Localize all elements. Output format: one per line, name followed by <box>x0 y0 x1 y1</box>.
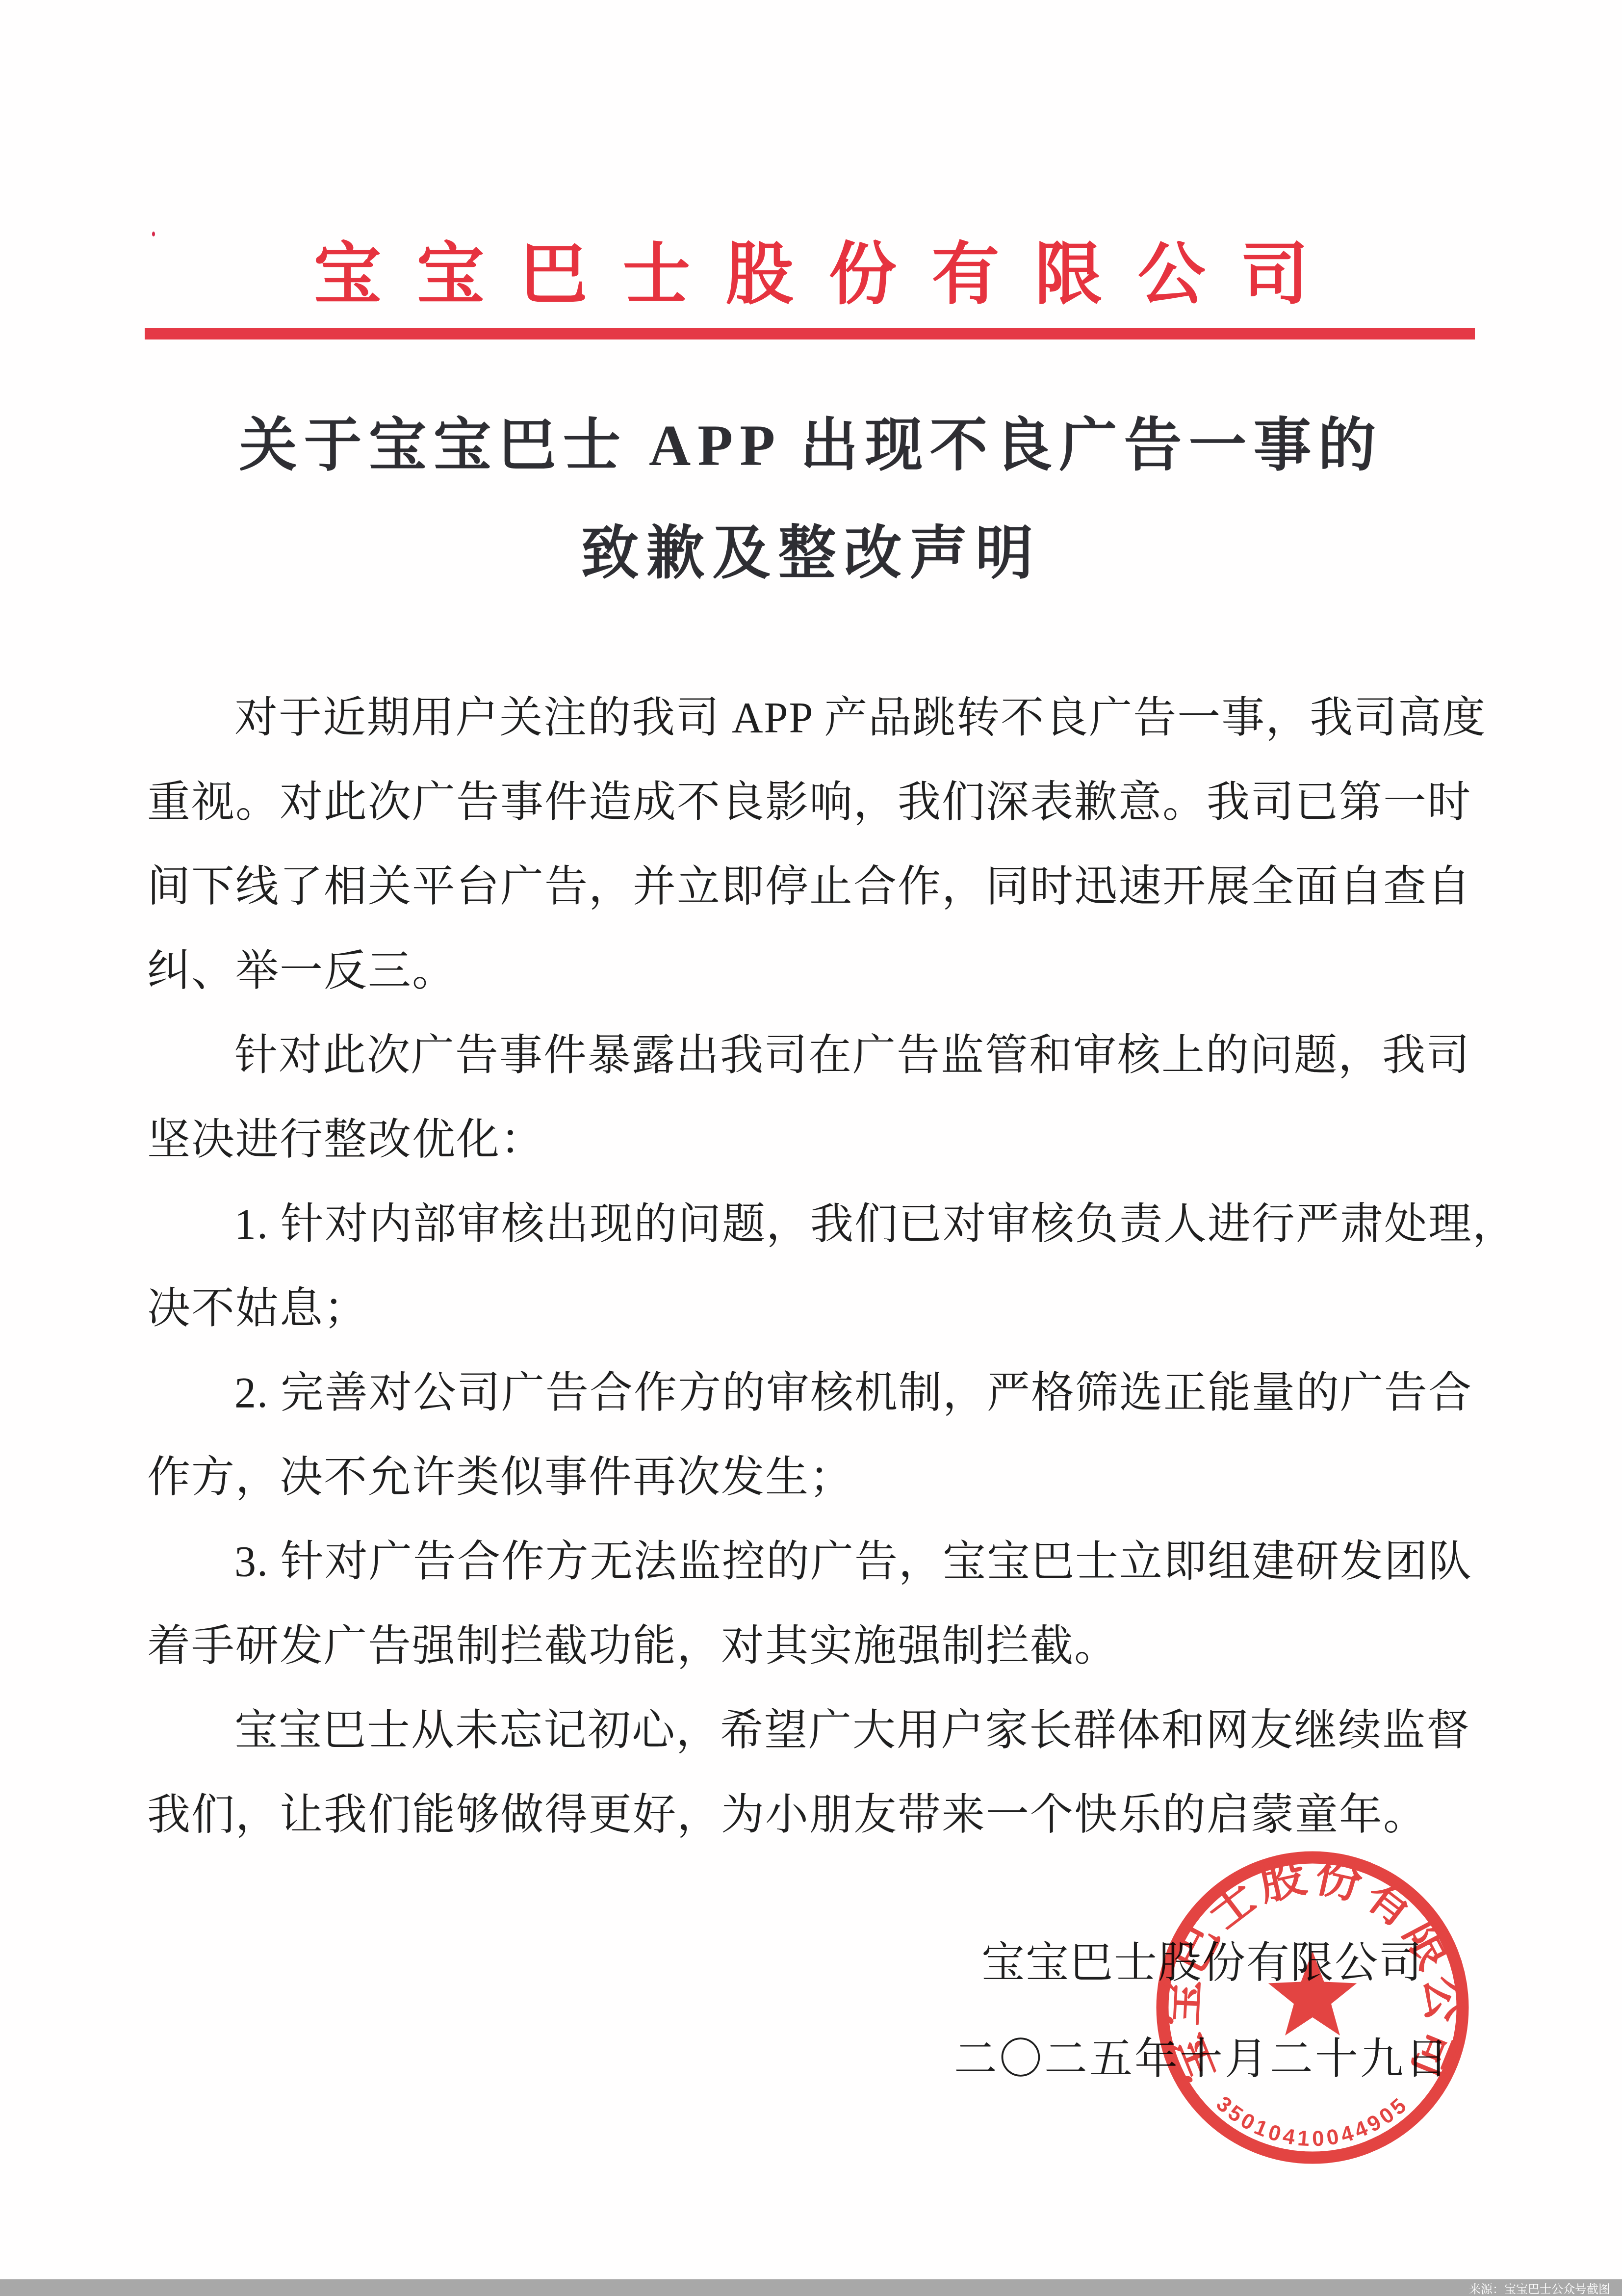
document-title-line1: 关于宝宝巴士 APP 出现不良广告一事的 <box>0 398 1622 482</box>
body-line: 对于近期用户关注的我司 APP 产品跳转不良广告一事，我司高度 <box>147 676 1477 760</box>
company-seal-stamp: 宝宝巴士股份有限公司 35010410044905 <box>1151 1846 1474 2169</box>
body-line: 间下线了相关平台广告，并立即停止合作，同时迅速开展全面自查自 <box>147 845 1477 929</box>
body-line: 宝宝巴士从未忘记初心，希望广大用户家长群体和网友继续监督 <box>147 1689 1477 1773</box>
body-line: 坚决进行整改优化： <box>147 1098 1477 1182</box>
letterhead-divider-line <box>145 328 1475 339</box>
body-line: 我们，让我们能够做得更好，为小朋友带来一个快乐的启蒙童年。 <box>147 1773 1477 1857</box>
footer-watermark-bar: 来源：宝宝巴士公众号截图 <box>0 2279 1622 2296</box>
body-line-list-item-2: 2. 完善对公司广告合作方的审核机制，严格筛选正能量的广告合 <box>147 1351 1477 1435</box>
body-line: 纠、举一反三。 <box>147 929 1477 1014</box>
body-line-list-item-1: 1. 针对内部审核出现的问题，我们已对审核负责人进行严肃处理， <box>147 1182 1477 1267</box>
company-letterhead: 宝宝巴士股份有限公司 <box>0 220 1622 317</box>
seal-star-icon <box>1268 1951 1357 2035</box>
body-line: 针对此次广告事件暴露出我司在广告监管和审核上的问题，我司 <box>147 1014 1477 1098</box>
body-line: 作方，决不允许类似事件再次发生； <box>147 1435 1477 1520</box>
body-line: 重视。对此次广告事件造成不良影响，我们深表歉意。我司已第一时 <box>147 760 1477 845</box>
body-line: 决不姑息； <box>147 1267 1477 1351</box>
document-body: 对于近期用户关注的我司 APP 产品跳转不良广告一事，我司高度 重视。对此次广告… <box>147 676 1477 1857</box>
body-line: 着手研发广告强制拦截功能，对其实施强制拦截。 <box>147 1604 1477 1689</box>
document-page: 宝宝巴士股份有限公司 关于宝宝巴士 APP 出现不良广告一事的 致歉及整改声明 … <box>0 0 1622 2296</box>
document-title-line2: 致歉及整改声明 <box>0 506 1622 590</box>
footer-source-caption: 来源：宝宝巴士公众号截图 <box>1469 2279 1610 2296</box>
body-line-list-item-3: 3. 针对广告合作方无法监控的广告，宝宝巴士立即组建研发团队 <box>147 1520 1477 1604</box>
